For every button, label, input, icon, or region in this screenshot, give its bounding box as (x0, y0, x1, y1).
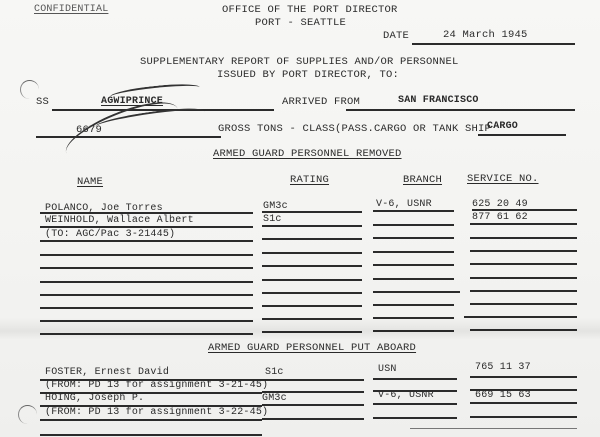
date-value: 24 March 1945 (443, 29, 528, 41)
aboard-row-3-branch: V-6, USNR (378, 390, 434, 402)
aboard-row-3-name: HOING, Joseph P. (45, 393, 144, 405)
gross-tons-label: GROSS TONS - CLASS(PASS.CARGO OR TANK SH… (218, 123, 491, 135)
aboard-row-3-service-no: 669 15 63 (475, 390, 531, 402)
date-label: DATE (383, 30, 409, 42)
column-header-name: NAME (77, 176, 103, 188)
office-title: OFFICE OF THE PORT DIRECTOR (222, 4, 398, 16)
put-aboard-heading: ARMED GUARD PERSONNEL PUT ABOARD (208, 342, 416, 354)
column-header-rating: RATING (290, 174, 329, 186)
report-subtitle: ISSUED BY PORT DIRECTOR, TO: (217, 69, 399, 81)
aboard-row-2-name: (FROM: PD 13 for assignment 3-21-45) (45, 380, 268, 392)
aboard-row-1-branch: USN (378, 364, 397, 376)
class-underline (478, 134, 566, 136)
date-underline (412, 43, 575, 45)
removed-heading: ARMED GUARD PERSONNEL REMOVED (213, 148, 402, 160)
aboard-row-1-service-no: 765 11 37 (475, 362, 531, 374)
column-header-service-no: SERVICE NO. (467, 173, 539, 185)
document-page: CONFIDENTIAL OFFICE OF THE PORT DIRECTOR… (0, 0, 600, 437)
aboard-row-4-name: (FROM: PD 13 for assignment 3-22-45) (45, 407, 268, 419)
aboard-row-1-name: FOSTER, Ernest David (45, 367, 169, 379)
aboard-row-1-rating: S1c (265, 367, 284, 379)
column-header-branch: BRANCH (403, 174, 442, 186)
office-location: PORT - SEATTLE (255, 17, 346, 29)
ss-label: SS (36, 96, 49, 108)
arrived-from-label: ARRIVED FROM (282, 96, 360, 108)
punch-hole (18, 405, 37, 424)
paper-fold-shadow (0, 318, 600, 340)
arrived-from-underline (346, 109, 575, 111)
report-title: SUPPLEMENTARY REPORT OF SUPPLIES AND/OR … (140, 56, 459, 68)
arrived-from-value: SAN FRANCISCO (398, 95, 479, 107)
class-value: CARGO (487, 121, 518, 133)
classification-mark: CONFIDENTIAL (34, 4, 108, 16)
